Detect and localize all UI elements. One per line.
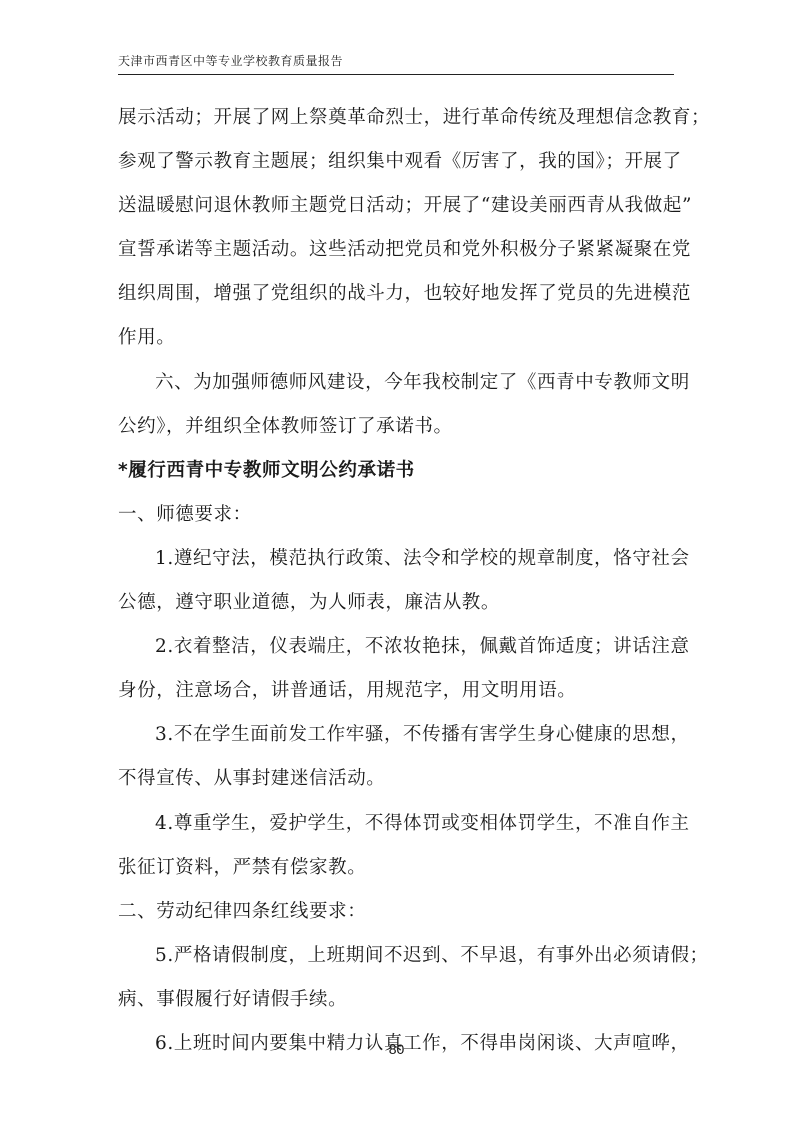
document-body: 展示活动；开展了网上祭奠革命烈士，进行革命传统及理想信念教育； 参观了警示教育主…: [118, 96, 678, 1066]
paragraph-ethics-pact: 六、为加强师德师风建设，今年我校制定了《西青中专教师文明 公约》，并组织全体教师…: [118, 361, 678, 449]
paragraph-activities: 展示活动；开展了网上祭奠革命烈士，进行革命传统及理想信念教育； 参观了警示教育主…: [118, 96, 678, 361]
text-line: 4.尊重学生，爱护学生，不得体罚或变相体罚学生，不准自作主: [118, 802, 678, 846]
text-line: 身份，注意场合，讲普通话，用规范字，用文明用语。: [118, 669, 678, 713]
text-line: 病、事假履行好请假手续。: [118, 978, 678, 1022]
pledge-item-5: 5.严格请假制度，上班期间不迟到、不早退，有事外出必须请假； 病、事假履行好请假…: [118, 934, 678, 1022]
text-line: 作用。: [118, 316, 678, 360]
text-line: 宣誓承诺等主题活动。这些活动把党员和党外积极分子紧紧凝聚在党: [118, 228, 678, 272]
text-line: 2.衣着整洁，仪表端庄，不浓妆艳抹，佩戴首饰适度；讲话注意: [118, 625, 678, 669]
text-line: 1.遵纪守法，模范执行政策、法令和学校的规章制度，恪守社会: [118, 537, 678, 581]
text-line: 参观了警示教育主题展；组织集中观看《厉害了，我的国》；开展了: [118, 140, 678, 184]
header-title: 天津市西青区中等专业学校教育质量报告: [118, 52, 674, 70]
text-line: 公约》，并组织全体教师签订了承诺书。: [118, 405, 678, 449]
pledge-item-1: 1.遵纪守法，模范执行政策、法令和学校的规章制度，恪守社会 公德，遵守职业道德，…: [118, 537, 678, 625]
text-line: 展示活动；开展了网上祭奠革命烈士，进行革命传统及理想信念教育；: [118, 96, 678, 140]
text-line: 张征订资料，严禁有偿家教。: [118, 846, 678, 890]
text-line: 公德，遵守职业道德，为人师表，廉洁从教。: [118, 581, 678, 625]
pledge-title: *履行西青中专教师文明公约承诺书: [118, 449, 678, 493]
text-line: 3.不在学生面前发工作牢骚，不传播有害学生身心健康的思想，: [118, 713, 678, 757]
text-line: 组织周围，增强了党组织的战斗力，也较好地发挥了党员的先进模范: [118, 272, 678, 316]
section-heading-ethics: 一、师德要求：: [118, 493, 678, 537]
text-line: 5.严格请假制度，上班期间不迟到、不早退，有事外出必须请假；: [118, 934, 678, 978]
pledge-item-2: 2.衣着整洁，仪表端庄，不浓妆艳抹，佩戴首饰适度；讲话注意 身份，注意场合，讲普…: [118, 625, 678, 713]
text-line: 送温暖慰问退休教师主题党日活动；开展了“建设美丽西青从我做起”: [118, 184, 678, 228]
text-line: 六、为加强师德师风建设，今年我校制定了《西青中专教师文明: [118, 361, 678, 405]
running-header: 天津市西青区中等专业学校教育质量报告: [118, 52, 674, 75]
pledge-item-3: 3.不在学生面前发工作牢骚，不传播有害学生身心健康的思想， 不得宣传、从事封建迷…: [118, 713, 678, 801]
section-heading-discipline: 二、劳动纪律四条红线要求：: [118, 890, 678, 934]
pledge-item-4: 4.尊重学生，爱护学生，不得体罚或变相体罚学生，不准自作主 张征订资料，严禁有偿…: [118, 802, 678, 890]
page-number: 80: [0, 1041, 793, 1057]
text-line: 不得宣传、从事封建迷信活动。: [118, 757, 678, 801]
